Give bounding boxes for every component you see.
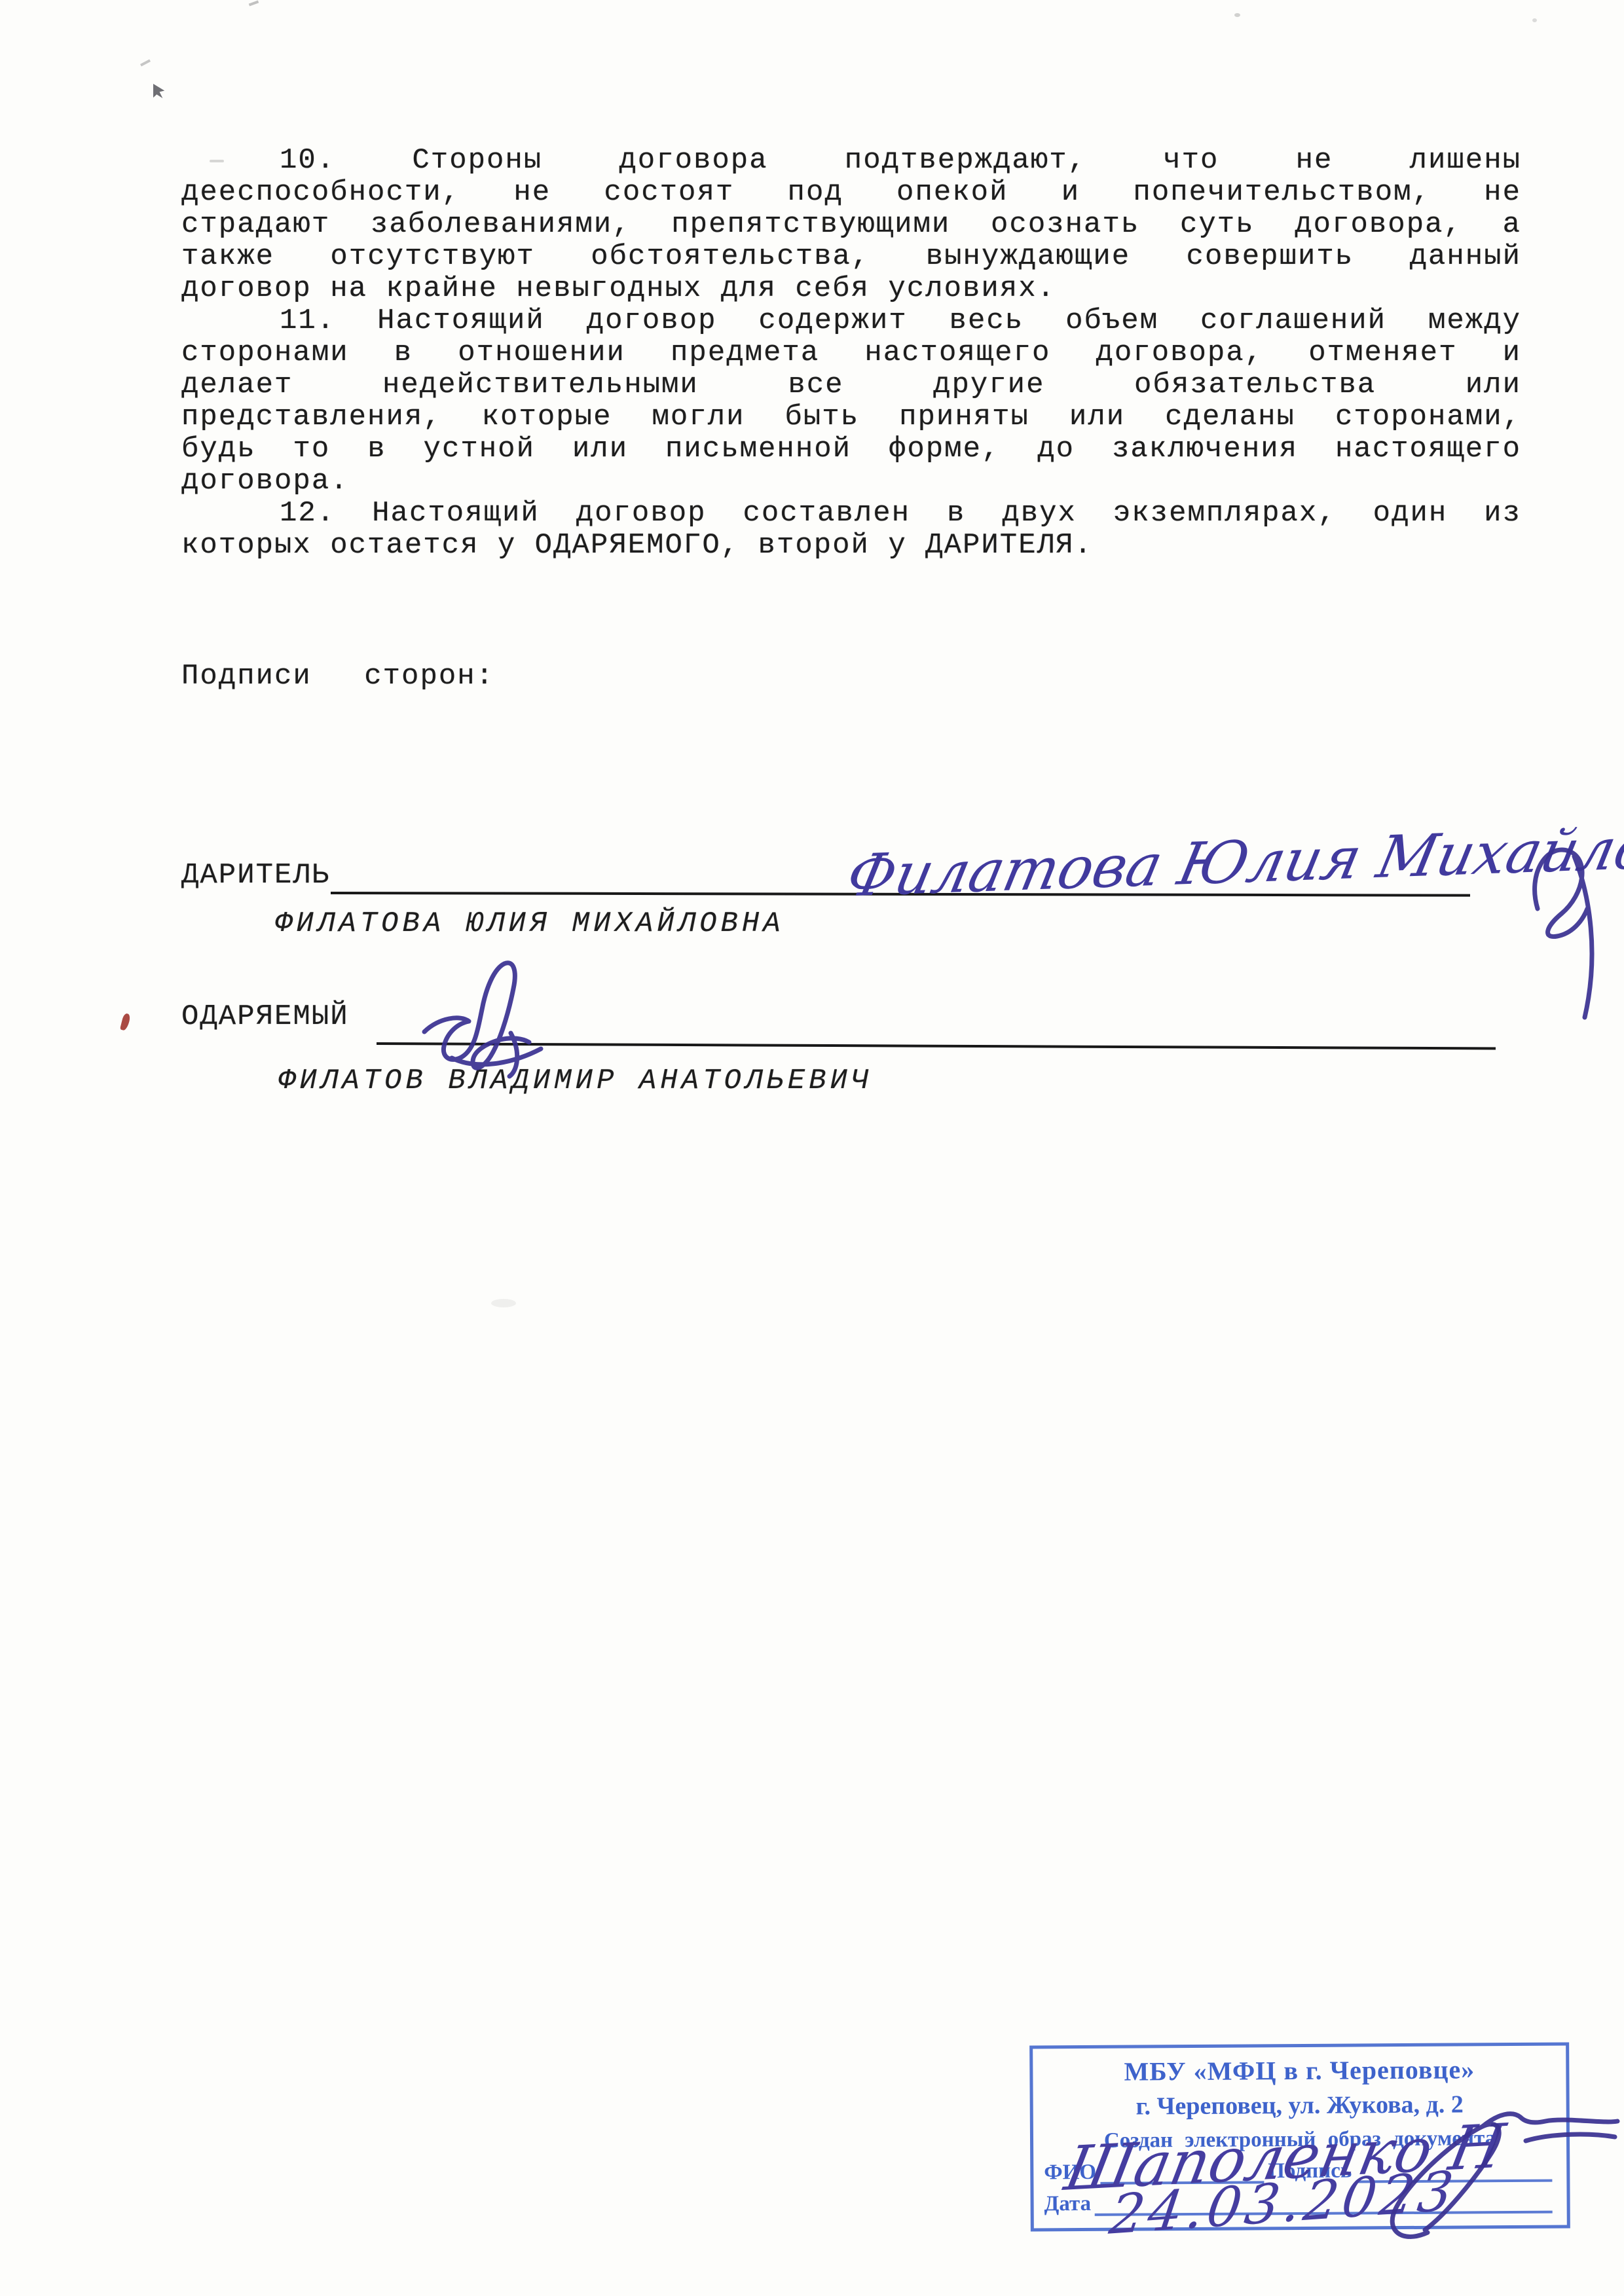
contract-line: представления, которые могли быть принят… xyxy=(181,401,1521,433)
contract-line: дееспособности, не состоят под опекой и … xyxy=(181,177,1521,209)
donor-handwritten-signature: Филатова Юлия Михайловна xyxy=(841,810,1624,909)
scan-artifact xyxy=(491,1299,516,1307)
contract-clauses: 10. Стороны договора подтверждают, что н… xyxy=(181,145,1521,562)
donor-printed-name: ФИЛАТОВА ЮЛИЯ МИХАЙЛОВНА xyxy=(275,907,784,940)
scanned-contract-page: 10. Стороны договора подтверждают, что н… xyxy=(0,0,1624,2296)
donor-label: ДАРИТЕЛЬ xyxy=(181,859,330,892)
donee-label: ОДАРЯЕМЫЙ xyxy=(181,1000,349,1033)
donee-handwritten-signature xyxy=(413,955,583,1079)
donor-signature-flourish xyxy=(1519,811,1624,1027)
contract-line: договор на крайне невыгодных для себя ус… xyxy=(181,273,1521,305)
contract-line: 10. Стороны договора подтверждают, что н… xyxy=(181,145,1521,177)
scan-artifact xyxy=(1234,13,1240,17)
contract-line: сторонами в отношении предмета настоящег… xyxy=(181,337,1521,369)
stamp-signature-flourish xyxy=(1329,2095,1624,2246)
scan-artifact xyxy=(153,84,169,98)
contract-line: страдают заболеваниями, препятствующими … xyxy=(181,209,1521,241)
scan-artifact xyxy=(120,1013,131,1031)
contract-line: также отсутствуют обстоятельства, вынужд… xyxy=(181,241,1521,273)
contract-line: 12. Настоящий договор составлен в двух э… xyxy=(181,498,1521,530)
contract-line: которых остается у ОДАРЯЕМОГО, второй у … xyxy=(181,530,1521,562)
scan-artifact xyxy=(210,160,224,162)
contract-line: договора. xyxy=(181,465,1521,498)
stamp-org: МБУ «МФЦ в г. Череповце» xyxy=(1043,2054,1555,2088)
signatures-heading: Подписи сторон: xyxy=(181,660,494,693)
contract-line: 11. Настоящий договор содержит весь объе… xyxy=(181,305,1521,337)
scan-artifact xyxy=(140,59,151,66)
scan-artifact xyxy=(1532,18,1537,22)
contract-line: делает недействительными все другие обяз… xyxy=(181,369,1521,401)
contract-line: будь то в устной или письменной форме, д… xyxy=(181,433,1521,465)
scan-artifact xyxy=(249,1,259,7)
